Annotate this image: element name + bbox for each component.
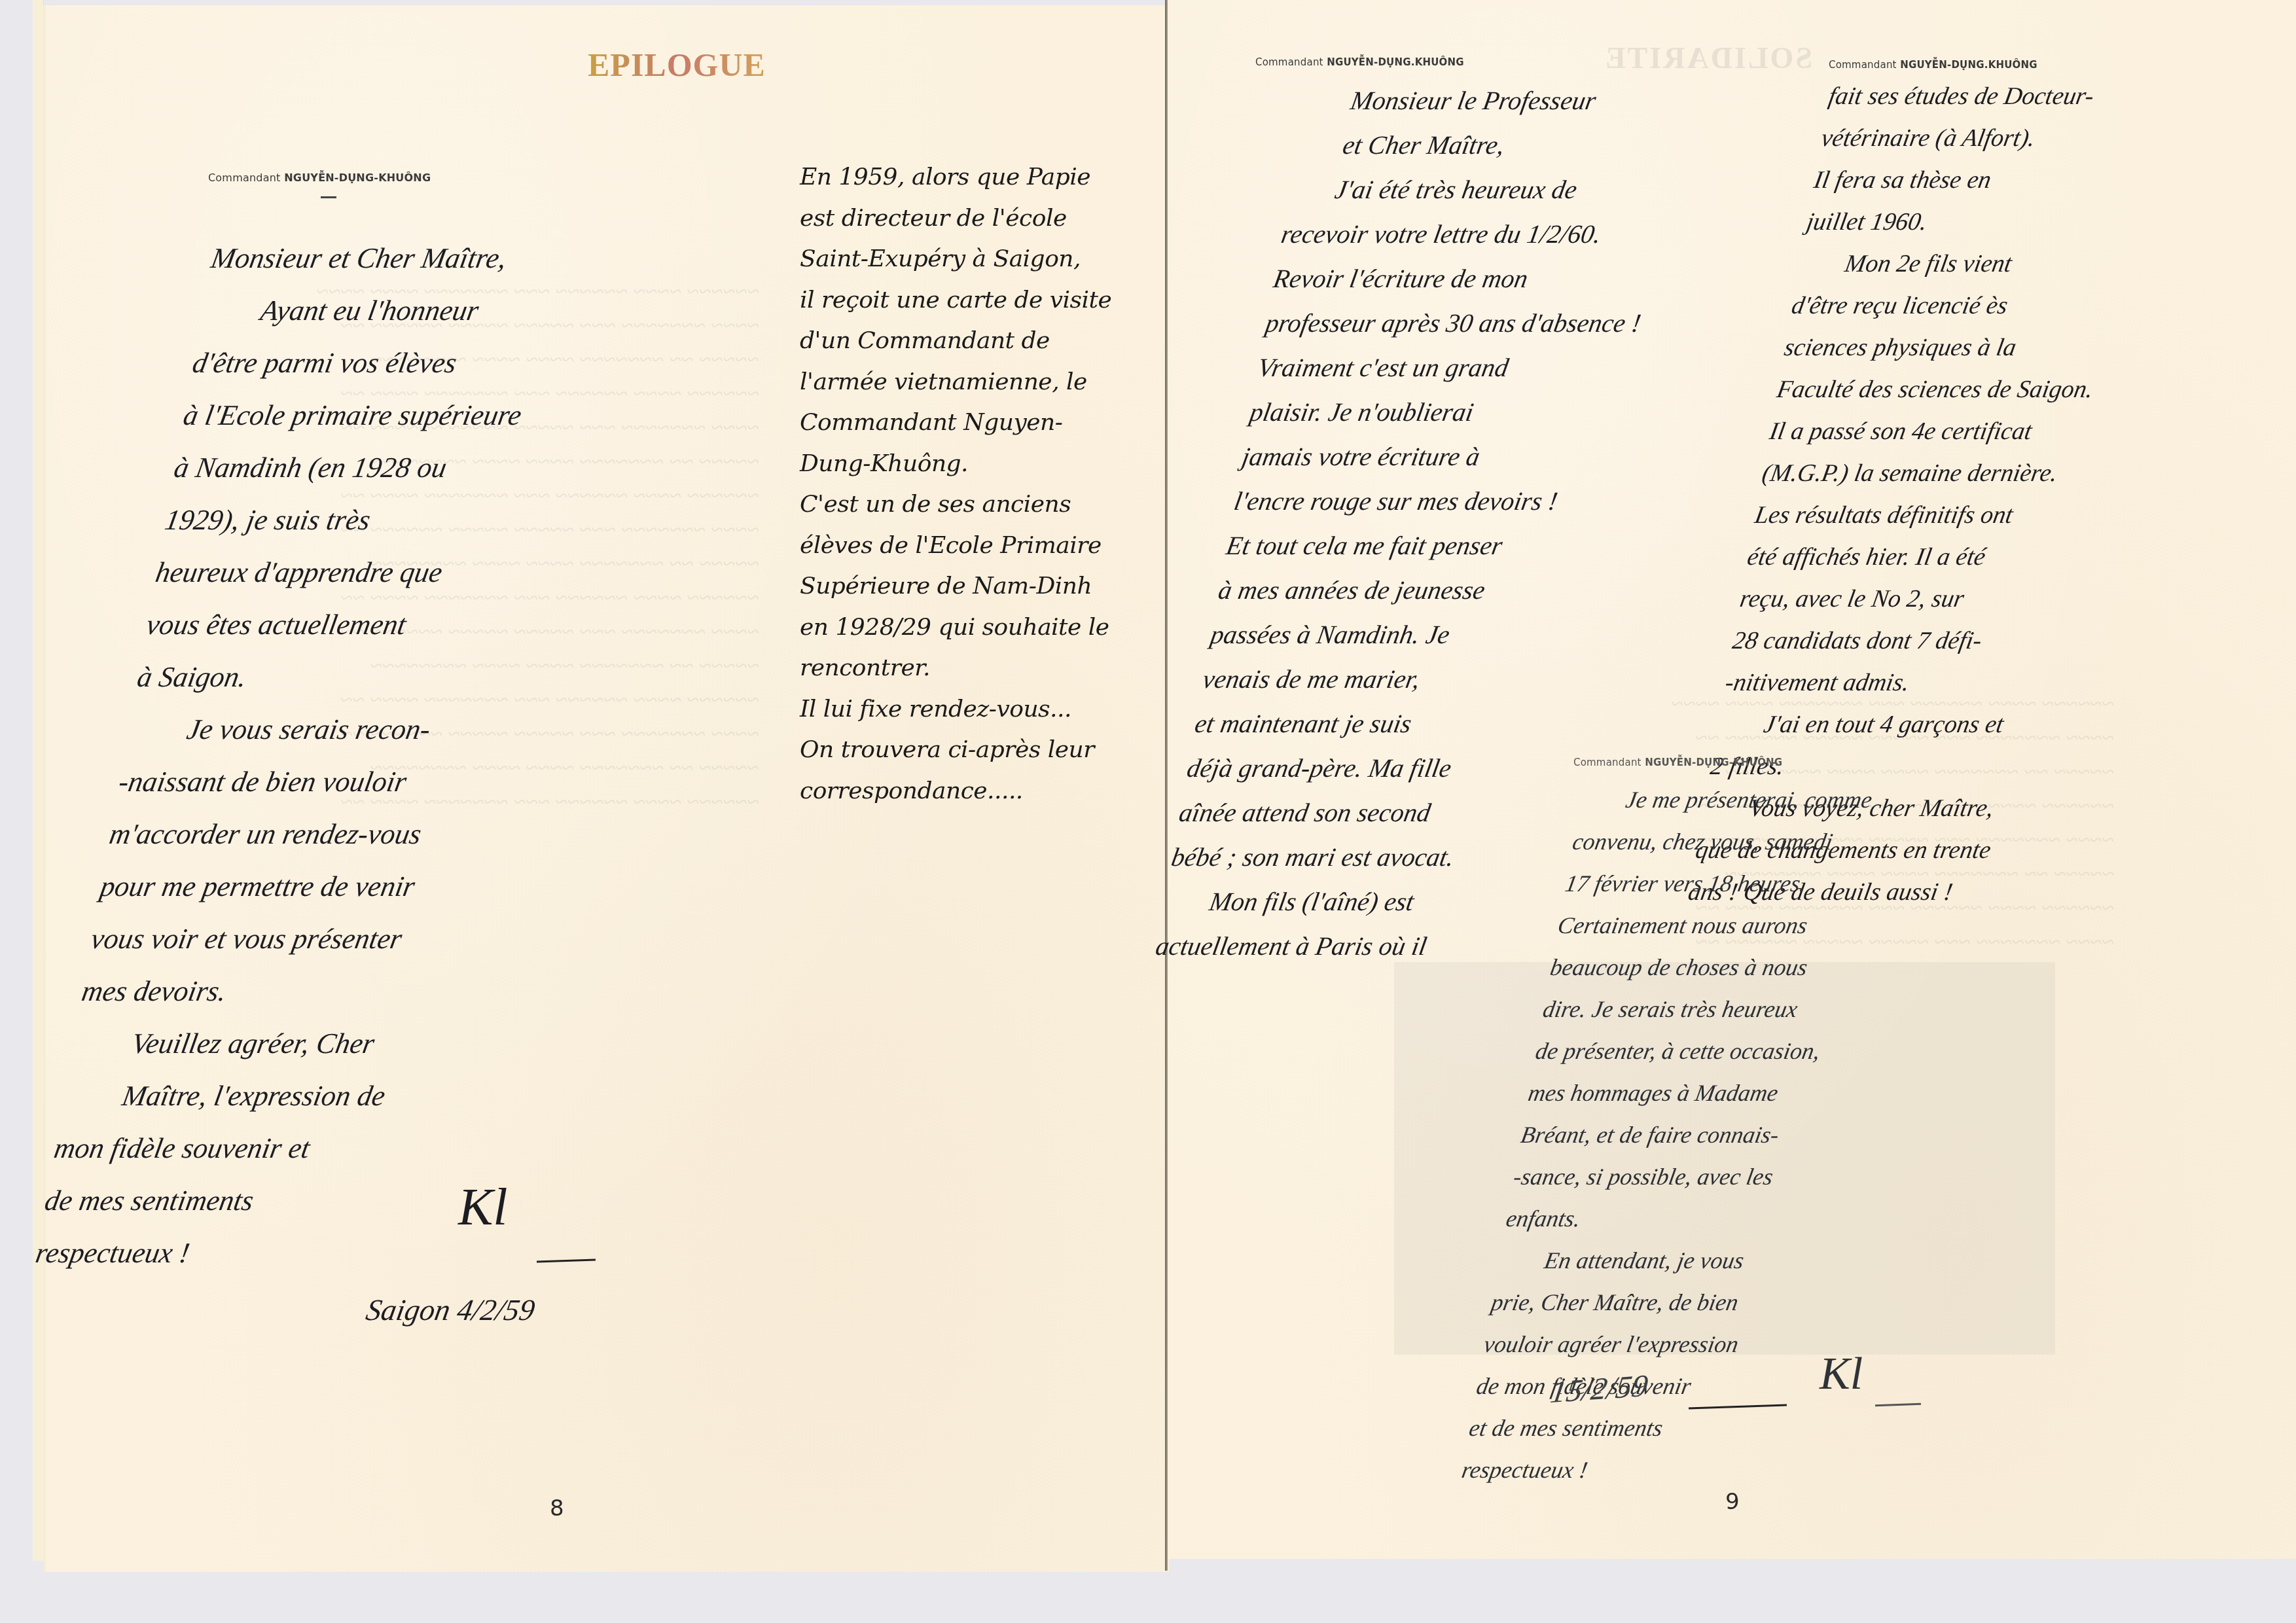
letter-line: -naissant de bien vouloir xyxy=(115,756,461,808)
intro-line: il reçoit une carte de visite xyxy=(800,280,1140,321)
letter-line: Mon fils (l'aîné) est xyxy=(1160,880,1543,924)
intro-line: Saint-Exupéry à Saigon, xyxy=(800,239,1140,280)
intro-line: En 1959, alors que Papie xyxy=(800,157,1140,198)
letterhead-name: NGUYỄN-DỤNG-KHUÔNG xyxy=(1645,757,1782,768)
letterhead: Commandant NGUYỄN-DỤNG-KHUÔNG xyxy=(208,171,431,184)
letter-line: mon fidèle souvenir et xyxy=(50,1122,397,1175)
letter-line: mes devoirs. xyxy=(77,965,424,1018)
letter-line: dire. Je serais très heureux xyxy=(1539,988,1839,1030)
intro-line: en 1928/29 qui souhaite le xyxy=(800,607,1140,649)
letter-line: à mes années de jeunesse xyxy=(1215,568,1598,613)
letter-line: prie, Cher Maître, de bien xyxy=(1488,1281,1787,1323)
letter-line: déjà grand-père. Ma fille xyxy=(1183,746,1566,791)
letter-line: enfants. xyxy=(1503,1198,1802,1240)
letter-line: pour me permettre de venir xyxy=(96,861,443,913)
page-number-left: 8 xyxy=(550,1495,564,1522)
letter-line: de mes sentiments xyxy=(41,1175,387,1227)
letterhead-name: NGUYỄN-DỤNG.KHUÔNG xyxy=(1327,56,1464,68)
letter-line: et de mes sentiments xyxy=(1465,1407,1765,1449)
letter-line: fait ses études de Docteur- xyxy=(1825,75,2149,117)
letterhead-prefix: Commandant xyxy=(1829,59,1897,71)
letterhead-name: NGUYỄN-DỤNG-KHUÔNG xyxy=(284,171,431,184)
letter-line: vous êtes actuellement xyxy=(142,599,489,651)
letter-line: été affichés hier. Il a été xyxy=(1744,536,2068,578)
letter-line: heureux d'apprendre que xyxy=(151,546,498,599)
letter-line: sciences physiques à la xyxy=(1781,327,2104,368)
letter-line: aînée attend son second xyxy=(1175,791,1558,835)
letter-line: Et tout cela me fait penser xyxy=(1223,524,1605,568)
letterhead-prefix: Commandant xyxy=(1573,757,1641,768)
letter-line: (M.G.P.) la semaine dernière. xyxy=(1759,452,2082,494)
letter-line: Je vous serais recon- xyxy=(124,704,471,756)
page-number-right: 9 xyxy=(1725,1489,1740,1515)
intro-line: d'un Commandant de xyxy=(800,321,1140,362)
letter-line: passées à Namdinh. Je xyxy=(1207,613,1590,657)
letter-line: de présenter, à cette occasion, xyxy=(1532,1030,1831,1072)
letter-line: venais de me marier, xyxy=(1199,657,1582,702)
intro-line: Il lui fixe rendez-vous... xyxy=(800,689,1140,730)
signature: Kl xyxy=(458,1178,508,1238)
intro-line: C'est un de ses anciens xyxy=(800,484,1140,526)
letter-line: à Saigon. xyxy=(133,651,480,704)
letter-line: Vraiment c'est un grand xyxy=(1254,346,1637,390)
letter-line: Il fera sa thèse en xyxy=(1810,159,2134,201)
letter-line: 1929), je suis très xyxy=(160,494,507,546)
letter-line: Mon 2e fils vient xyxy=(1796,243,2119,285)
place-date: Saigon 4/2/59 xyxy=(363,1293,537,1327)
intro-line: élèves de l'Ecole Primaire xyxy=(800,526,1140,567)
letterhead-rule xyxy=(321,196,336,198)
letter-line: à Namdinh (en 1928 ou xyxy=(170,442,516,494)
letter-line: respectueux ! xyxy=(31,1227,378,1279)
intro-line: On trouvera ci-après leur xyxy=(800,730,1140,771)
letterhead-prefix: Commandant xyxy=(208,171,280,184)
letter-line: J'ai en tout 4 garçons et xyxy=(1714,704,2037,745)
letter-line: vouloir agréer l'expression xyxy=(1480,1323,1780,1365)
letter-line: Maître, l'expression de xyxy=(59,1070,406,1122)
letterhead: Commandant NGUYỄN-DỤNG.KHUÔNG xyxy=(1255,56,1464,68)
letter-line: actuellement à Paris où il xyxy=(1152,924,1535,969)
letter-line: Monsieur le Professeur xyxy=(1301,79,1684,123)
letter-line: Les résultats définitifs ont xyxy=(1751,494,2075,536)
book-spine xyxy=(1165,0,1168,1571)
letter-line: recevoir votre lettre du 1/2/60. xyxy=(1278,212,1660,257)
letter-line: juillet 1960. xyxy=(1803,201,2126,243)
letter-line: Veuillez agréer, Cher xyxy=(68,1018,415,1070)
intro-line: rencontrer. xyxy=(800,648,1140,689)
letter-line: respectueux ! xyxy=(1458,1449,1757,1491)
letter-line: En attendant, je vous xyxy=(1496,1240,1795,1281)
letterhead-prefix: Commandant xyxy=(1255,56,1323,68)
letter-line: Bréant, et de faire connais- xyxy=(1517,1114,1816,1156)
bleed-through-title: SOLIDARITE xyxy=(1604,41,1812,75)
intro-line: l'armée vietnamienne, le xyxy=(800,362,1140,403)
letter-line: l'encre rouge sur mes devoirs ! xyxy=(1230,479,1613,524)
letter-line: d'être parmi vos élèves xyxy=(188,337,535,389)
letter-line: Revoir l'écriture de mon xyxy=(1270,257,1653,301)
letter-line: mes hommages à Madame xyxy=(1525,1072,1824,1114)
letter-line: professeur après 30 ans d'absence ! xyxy=(1262,301,1645,346)
letter-line: Ayant eu l'honneur xyxy=(198,285,545,337)
letter-line: convenu, chez vous, samedi xyxy=(1569,821,1868,863)
letter-line: bébé ; son mari est avocat. xyxy=(1168,835,1551,880)
letterhead: Commandant NGUYỄN-DỤNG-KHUÔNG xyxy=(1573,757,1782,768)
letterhead-name: NGUYỄN-DỤNG.KHUÔNG xyxy=(1900,59,2037,71)
intro-line: correspondance..... xyxy=(800,771,1140,812)
letter-line: -sance, si possible, avec les xyxy=(1510,1156,1809,1198)
letter-date: 15/2/59 xyxy=(1548,1368,1650,1410)
letter-line: Je me présenterai, comme xyxy=(1577,779,1876,821)
letter-line: m'accorder un rendez-vous xyxy=(105,808,452,861)
letter-line: -nitivement admis. xyxy=(1722,662,2045,704)
page-edge-stack xyxy=(33,0,44,1561)
letter-line: 28 candidats dont 7 défi- xyxy=(1729,620,2053,662)
letter-line: et Cher Maître, xyxy=(1293,123,1676,168)
letter-line: J'ai été très heureux de xyxy=(1285,168,1668,212)
letter-line: à l'Ecole primaire supérieure xyxy=(179,389,526,442)
letter-line: 17 février vers 18 heures. xyxy=(1562,863,1861,904)
signature: Kl xyxy=(1820,1348,1863,1400)
letter-line: vétérinaire (à Alfort). xyxy=(1818,117,2141,159)
letter-line: beaucoup de choses à nous xyxy=(1547,946,1846,988)
intro-paragraph: En 1959, alors que Papie est directeur d… xyxy=(800,157,1140,811)
letter-line: et maintenant je suis xyxy=(1191,702,1574,746)
letter-line: reçu, avec le No 2, sur xyxy=(1736,578,2060,620)
letter-line: d'être reçu licencié ès xyxy=(1788,285,2111,327)
letter-line: plaisir. Je n'oublierai xyxy=(1246,390,1629,435)
letter-line: Certainement nous aurons xyxy=(1554,904,1854,946)
letter-line: Faculté des sciences de Saigon. xyxy=(1774,368,2097,410)
intro-line: Commandant Nguyen- xyxy=(800,402,1140,444)
intro-line: est directeur de l'école xyxy=(800,198,1140,240)
letter-line: jamais votre écriture à xyxy=(1238,435,1621,479)
intro-line: Supérieure de Nam-Dinh xyxy=(800,566,1140,607)
letterhead: Commandant NGUYỄN-DỤNG.KHUÔNG xyxy=(1829,59,2037,71)
letter-line: Monsieur et Cher Maître, xyxy=(207,232,554,285)
letter-line: vous voir et vous présenter xyxy=(87,913,434,965)
page-title: EPILOGUE xyxy=(588,46,766,84)
intro-line: Dung-Khuông. xyxy=(800,444,1140,485)
letter-line: Il a passé son 4e certificat xyxy=(1766,410,2089,452)
